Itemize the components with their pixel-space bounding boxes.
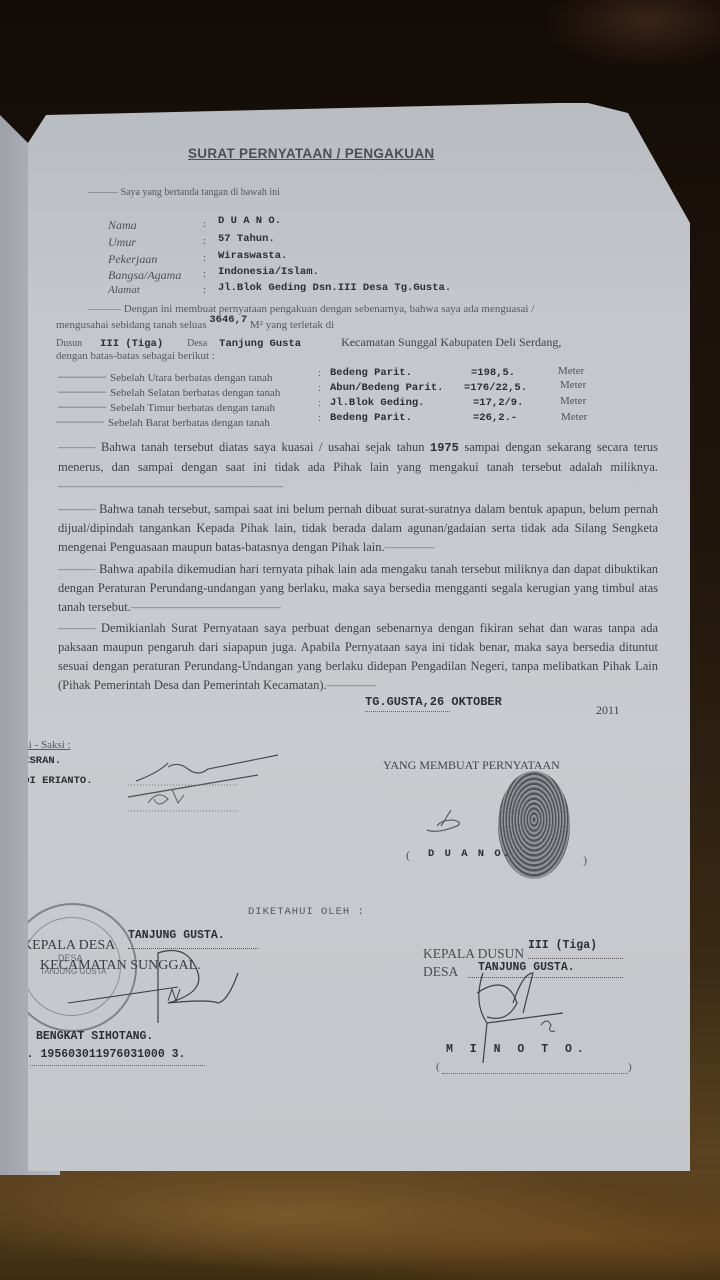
desa-value: Tanjung Gusta <box>219 338 301 350</box>
thumbprint <box>498 771 570 879</box>
identity-age: 57 Tahun. <box>218 233 275 245</box>
border-west: ——— Sebelah Barat berbatas dengan tanah <box>56 413 270 431</box>
hamlet-desa-label: DESA <box>423 964 458 980</box>
declarant-name: D U A N O. <box>428 848 511 860</box>
paragraph-no-documents: ——— Bahwa tanah tersebut, sampai saat in… <box>58 500 658 557</box>
intro-text: ——— Saya yang bertanda tangan di bawah i… <box>88 187 280 198</box>
village-head-nip: NIP. 195603011976031000 3. <box>6 1048 185 1061</box>
acknowledged-label: DIKETAHUI OLEH : <box>248 906 365 918</box>
land-area: 3646,7 <box>209 314 247 326</box>
statement-line-3: Dusun III (Tiga) Desa Tanjung Gusta Keca… <box>56 333 561 351</box>
village-head-signature <box>128 943 248 1033</box>
document-title: SURAT PERNYATAAN / PENGAKUAN <box>188 146 434 161</box>
document-year: 2011 <box>596 703 620 718</box>
witness-signatures <box>128 753 268 813</box>
identity-label: Alamat <box>108 284 140 296</box>
declarant-signature <box>423 808 473 838</box>
hamlet-dusun: III (Tiga) <box>528 939 597 952</box>
paragraph-possession: ——— Bahwa tanah tersebut diatas saya kua… <box>58 438 658 496</box>
identity-occupation: Wiraswasta. <box>218 250 287 262</box>
wooden-table <box>0 1170 720 1280</box>
possession-year: 1975 <box>430 441 459 455</box>
village-head-title: KEPALA DESA <box>22 938 115 954</box>
village-head-name: BENGKAT SIHOTANG. <box>36 1030 153 1043</box>
identity-name: D U A N O. <box>218 215 281 227</box>
hamlet-head-title: KEPALA DUSUN <box>423 946 524 962</box>
background-hand <box>540 0 720 70</box>
identity-label: Bangsa/Agama <box>108 268 181 283</box>
village-name: TANJUNG GUSTA. <box>128 929 225 942</box>
document-page: SURAT PERNYATAAN / PENGAKUAN ——— Saya ya… <box>28 103 690 1171</box>
place-date: TG.GUSTA,26 OKTOBER <box>365 695 502 709</box>
dusun-value: III (Tiga) <box>100 338 163 350</box>
statement-line-4: dengan batas-batas sebagai berikut : <box>56 350 215 362</box>
identity-label: Umur <box>108 235 136 250</box>
paragraph-closing: ——— Demikianlah Surat Pernyataan saya pe… <box>58 619 658 695</box>
statement-line-1: ——— Dengan ini membuat pernyataan pengak… <box>88 303 534 315</box>
identity-nationality-religion: Indonesia/Islam. <box>218 266 319 278</box>
hamlet-head-signature <box>463 963 583 1053</box>
paragraph-compensation: ——— Bahwa apabila dikemudian hari ternya… <box>58 560 658 617</box>
identity-address: Jl.Blok Geding Dsn.III Desa Tg.Gusta. <box>218 282 451 294</box>
identity-label: Pekerjaan <box>108 252 157 267</box>
statement-line-2: mengusahai sebidang tanah seluas 3646,7 … <box>56 319 334 332</box>
hamlet-head-name: M I N O T O. <box>446 1043 589 1056</box>
identity-label: Nama <box>108 218 137 233</box>
